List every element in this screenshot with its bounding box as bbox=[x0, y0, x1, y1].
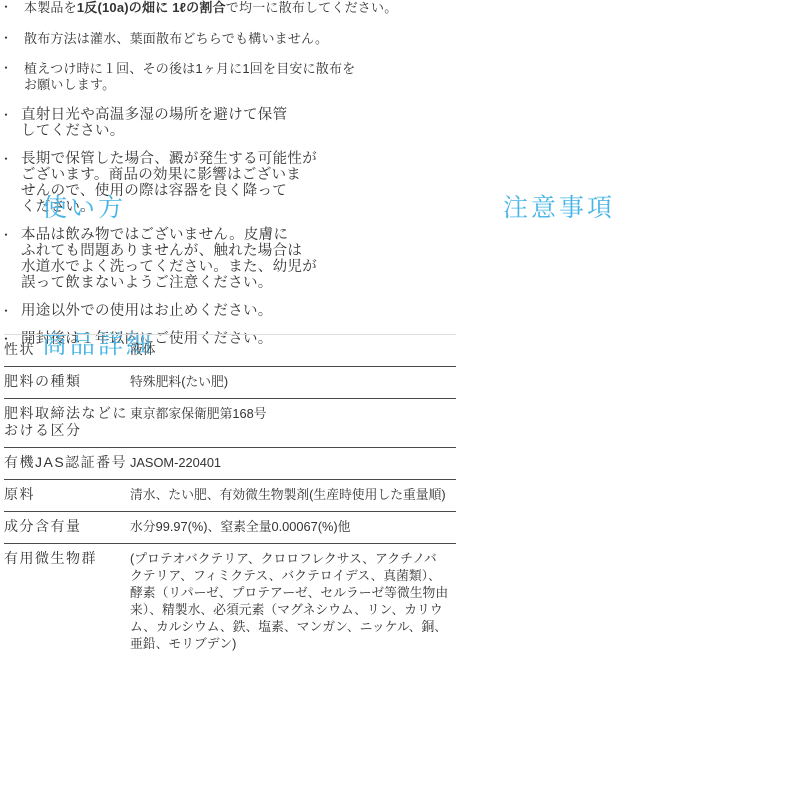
row-value: 清水、たい肥、有効微生物製剤(生産時使用した重量順) bbox=[130, 486, 456, 503]
notes-section-title: 注意事項 bbox=[503, 188, 615, 224]
row-label: 原料 bbox=[4, 486, 130, 503]
usage-list-item: ・ 植えつけ時に１回、その後は1ヶ月に1回を目安に散布を お願いします。 bbox=[0, 61, 436, 92]
bullet-dot-icon: ・ bbox=[0, 0, 24, 16]
bullet-dot-icon: ・ bbox=[0, 31, 24, 47]
usage-bullet-list: ・ 本製品を1反(10a)の畑に 1ℓの割合で均一に散布してください。 ・ 散布… bbox=[0, 0, 436, 92]
notes-list-item: ・ 本品は飲み物ではございません。皮膚に ふれても問題ありませんが、触れた場合は… bbox=[0, 227, 322, 291]
bullet-dot-icon: ・ bbox=[0, 151, 21, 167]
notes-list-item: ・ 直射日光や高温多湿の場所を避けて保管 してください。 bbox=[0, 107, 322, 139]
table-row: 性状 液体 bbox=[4, 335, 456, 367]
table-row: 有機JAS認証番号 JASOM-220401 bbox=[4, 448, 456, 480]
row-label: 有機JAS認証番号 bbox=[4, 454, 130, 471]
row-value: 特殊肥料(たい肥) bbox=[130, 373, 456, 390]
product-details-table: 性状 液体 肥料の種類 特殊肥料(たい肥) 肥料取締法などに おける区分 東京都… bbox=[4, 334, 456, 660]
table-row: 原料 清水、たい肥、有効微生物製剤(生産時使用した重量順) bbox=[4, 480, 456, 512]
row-value: 水分99.97(%)、窒素全量0.00067(%)他 bbox=[130, 518, 456, 535]
notes-bullet-list: ・ 直射日光や高温多湿の場所を避けて保管 してください。 ・ 長期で保管した場合… bbox=[0, 107, 322, 347]
usage-item-text: 植えつけ時に１回、その後は1ヶ月に1回を目安に散布を お願いします。 bbox=[24, 61, 355, 92]
bullet-dot-icon: ・ bbox=[0, 303, 21, 319]
row-value: 東京都家保衛肥第168号 bbox=[130, 405, 456, 439]
bullet-dot-icon: ・ bbox=[0, 227, 21, 243]
row-value: 液体 bbox=[130, 341, 456, 358]
usage-item1-bold: 1反(10a)の畑に 1ℓの割合 bbox=[77, 0, 226, 15]
usage-list-item: ・ 散布方法は灌水、葉面散布どちらでも構いません。 bbox=[0, 31, 436, 47]
row-label: 肥料の種類 bbox=[4, 373, 130, 390]
row-label: 性状 bbox=[4, 341, 130, 358]
notes-item-text: 用途以外での使用はお止めください。 bbox=[21, 303, 273, 319]
table-row: 肥料の種類 特殊肥料(たい肥) bbox=[4, 367, 456, 399]
bullet-dot-icon: ・ bbox=[0, 61, 24, 77]
table-row: 肥料取締法などに おける区分 東京都家保衛肥第168号 bbox=[4, 399, 456, 448]
bullet-dot-icon: ・ bbox=[0, 107, 21, 123]
row-value: JASOM-220401 bbox=[130, 454, 456, 471]
usage-item1-post: で均一に散布してください。 bbox=[226, 0, 398, 15]
usage-section-title: 使い方 bbox=[42, 188, 126, 224]
row-label: 有用微生物群 bbox=[4, 550, 130, 652]
usage-item1-pre: 本製品を bbox=[24, 0, 77, 15]
notes-item-text: 直射日光や高温多湿の場所を避けて保管 してください。 bbox=[21, 107, 287, 139]
notes-list-item: ・ 用途以外での使用はお止めください。 bbox=[0, 303, 322, 319]
row-label: 成分含有量 bbox=[4, 518, 130, 535]
usage-item-text: 散布方法は灌水、葉面散布どちらでも構いません。 bbox=[24, 31, 328, 47]
row-value: (プロテオバクテリア、クロロフレクサス、アクチノバ クテリア、フィミクテス、バク… bbox=[130, 550, 456, 652]
table-row: 有用微生物群 (プロテオバクテリア、クロロフレクサス、アクチノバ クテリア、フィ… bbox=[4, 544, 456, 660]
table-row: 成分含有量 水分99.97(%)、窒素全量0.00067(%)他 bbox=[4, 512, 456, 544]
row-label: 肥料取締法などに おける区分 bbox=[4, 405, 130, 439]
notes-item-text: 本品は飲み物ではございません。皮膚に ふれても問題ありませんが、触れた場合は 水… bbox=[21, 227, 317, 291]
usage-list-item: ・ 本製品を1反(10a)の畑に 1ℓの割合で均一に散布してください。 bbox=[0, 0, 436, 16]
usage-item-text: 本製品を1反(10a)の畑に 1ℓの割合で均一に散布してください。 bbox=[24, 0, 397, 16]
